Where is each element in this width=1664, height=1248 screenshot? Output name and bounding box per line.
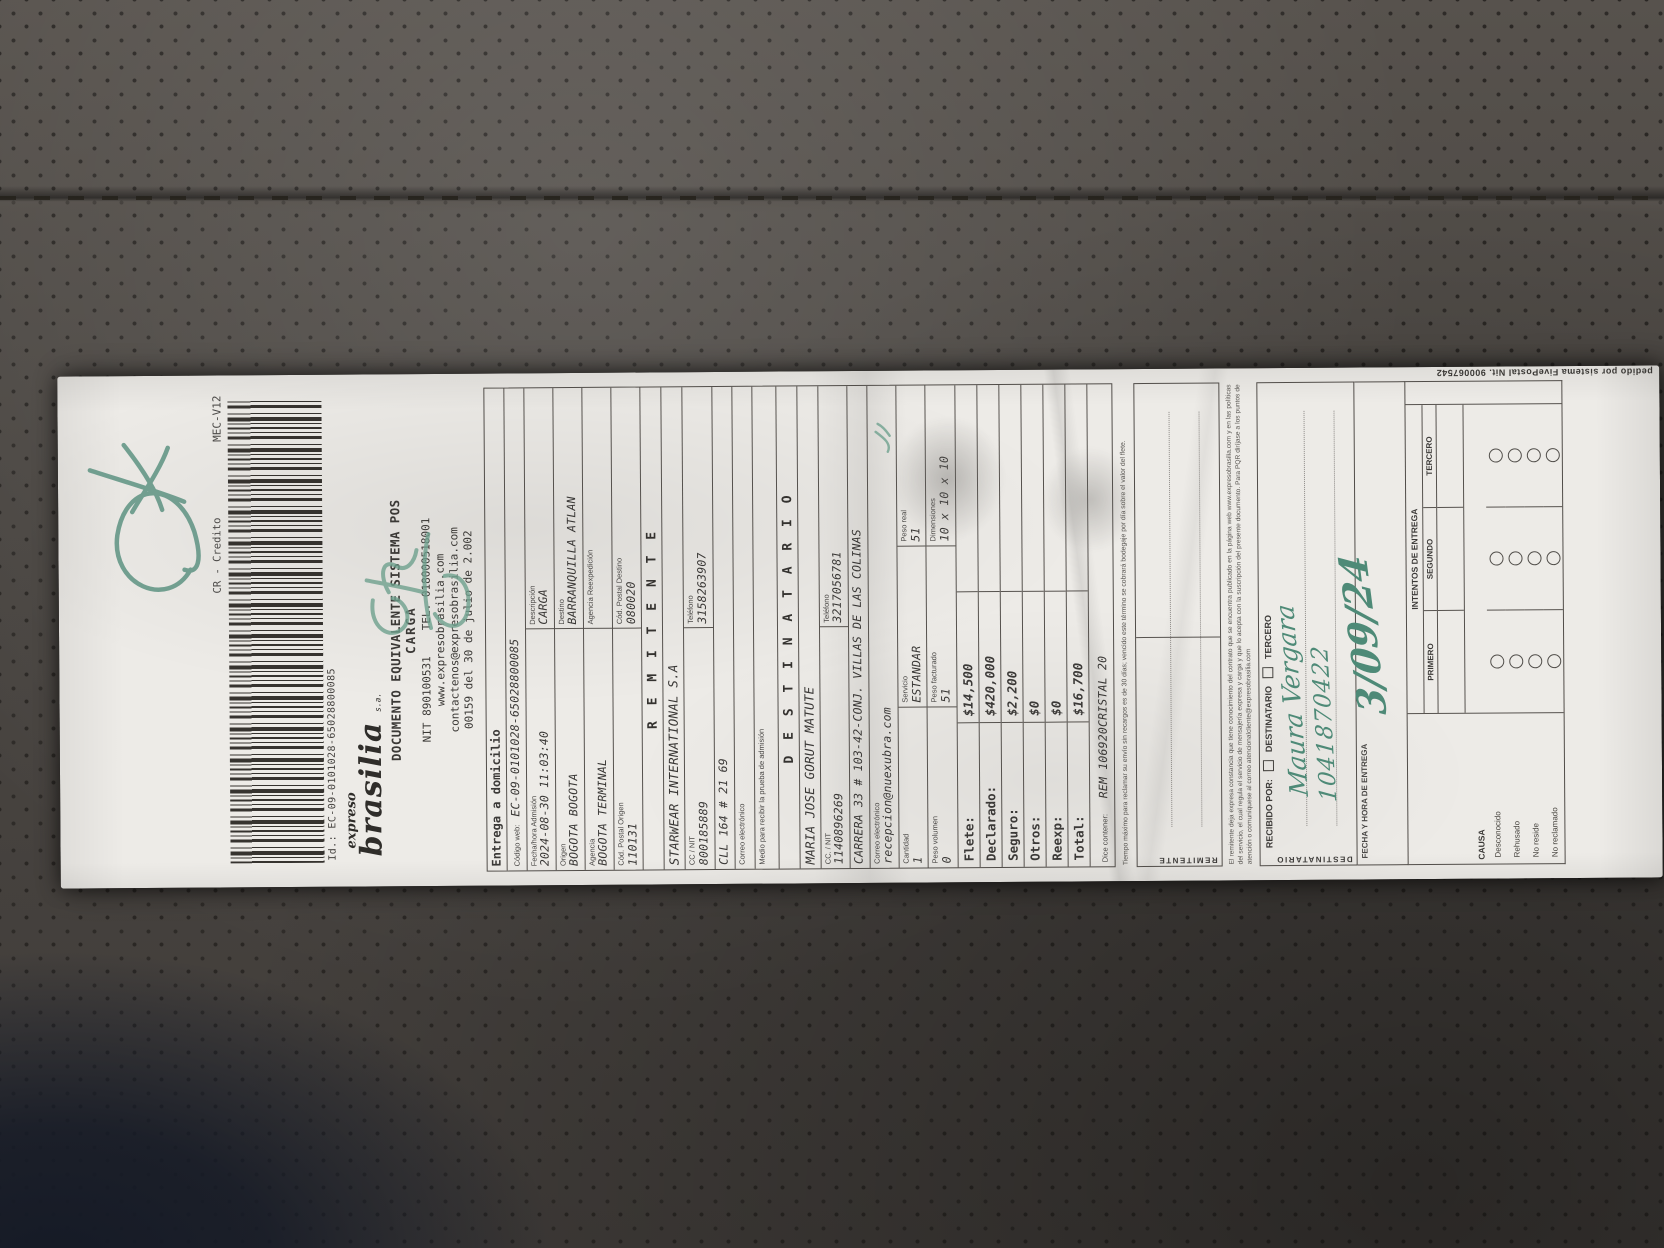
charges-table: Flete:$14,500 Declarado:$420,000 Seguro:… <box>954 384 1089 867</box>
declarado-label: Declarado: <box>979 723 1001 867</box>
signature-dotline <box>1168 412 1172 826</box>
seam-stitches <box>0 196 1664 200</box>
fecha-admision-value: 2024-08-30 11:03:40 <box>537 634 552 867</box>
total-label: Total: <box>1067 722 1089 866</box>
payment-code: CR - Credito <box>211 518 225 594</box>
remitente-direccion: CLL 164 # 21 69 <box>712 387 734 869</box>
causa-no-reclamado: No reclamado <box>1545 713 1565 863</box>
reexp-label: Reexp: <box>1045 723 1067 867</box>
servicio-value: ESTANDAR <box>909 551 924 703</box>
destinatario-ccnit-value: 1140896269 <box>831 632 846 865</box>
barcode <box>227 399 324 864</box>
circles-row-no-reside <box>1524 404 1545 712</box>
destinatario-box-label: DESTINATARIO <box>1261 854 1357 866</box>
handwritten-ok-mark <box>72 419 223 630</box>
intentos-table: CAUSA Desconocido Rehusado No reside No … <box>1406 380 1566 865</box>
waybill-receipt: CR - Credito MEC-V12 Id.: EC-09-0101028-… <box>57 365 1663 888</box>
causa-rehusado: Rehusado <box>1507 713 1527 863</box>
intentos-title: INTENTOS DE ENTREGA <box>1406 405 1425 713</box>
checkbox-destinatario-label: DESTINATARIO <box>1263 686 1273 752</box>
causa-label: CAUSA <box>1472 714 1489 864</box>
destino-value: BARRANQUILLA ATLAN <box>565 392 580 625</box>
codigo-web-label: Código web: <box>512 825 522 867</box>
remitente-correo-label: Correo electrónico <box>734 391 747 865</box>
remitente-signature-box: REMITENTE <box>1133 382 1222 867</box>
doc-version: MEC-V12 <box>210 395 223 441</box>
dice-contener-label: Dice contener: <box>1100 814 1109 862</box>
fecha-entrega-row: FECHA Y HORA DE ENTREGA 3/09/24 <box>1355 381 1409 865</box>
recibido-por-label: RECIBIDO POR: <box>1264 779 1274 848</box>
legal-fine-print: El remitente deja expresa constancia que… <box>1224 384 1255 864</box>
origen-value: BOGOTA BOGOTA <box>566 633 581 866</box>
circles-row-desconocido <box>1486 404 1507 712</box>
destinatario-direccion: CARRERA 33 # 103-42-CONJ. VILLAS DE LAS … <box>847 386 869 868</box>
seguro-value: $2,200 <box>1000 592 1022 723</box>
signature-divider <box>1136 637 1220 639</box>
handwritten-cr-mark <box>338 508 479 659</box>
receipt-top-margin: CR - Credito MEC-V12 <box>57 389 228 874</box>
flete-label: Flete: <box>957 723 979 867</box>
checkbox-tercero <box>1263 667 1274 678</box>
corner-shadow <box>0 948 560 1248</box>
peso-facturado-value: 51 <box>938 550 953 702</box>
causa-no-reside: No reside <box>1526 713 1546 863</box>
agencia-reexp-label: Agencia Reexpedición <box>584 392 595 625</box>
remitente-ccnit-value: 800185889 <box>696 633 711 866</box>
total-value: $16,700 <box>1066 591 1088 722</box>
codigo-web-value: EC-09-0101028-65028800085 <box>508 639 523 817</box>
seat-seam <box>0 186 1664 212</box>
dice-contener-value: REM 106920CRISTAL 20 <box>1095 656 1110 799</box>
handwritten-receiver-name: Maura Vergara <box>1270 603 1314 797</box>
signature-dotline-2 <box>1198 412 1202 826</box>
cp-origen-value: 110131 <box>625 633 640 866</box>
peso-volumen-value: 0 <box>939 711 954 863</box>
logo-brasilia: brasilia <box>353 722 389 857</box>
destinatario-tel-value: 3217056781 <box>830 390 845 623</box>
logo-sa: s.a. <box>373 693 382 712</box>
remitente-box-label: REMITENTE <box>1137 854 1221 866</box>
system-footer-line: pedido por sistema FivePostal Nit. 90006… <box>1437 366 1654 378</box>
descripcion-value: CARGA <box>535 392 550 625</box>
cantidad-value: 1 <box>910 712 925 864</box>
col-segundo: SEGUNDO <box>1424 508 1438 611</box>
col-primero: PRIMERO <box>1424 611 1438 713</box>
causa-desconocido: Desconocido <box>1488 713 1508 863</box>
cp-destino-value: 080020 <box>623 392 638 625</box>
declarado-value: $420,000 <box>978 592 1000 723</box>
remitente-tel-value: 3158263907 <box>694 391 709 624</box>
otros-value: $0 <box>1022 592 1044 723</box>
col-tercero: TERCERO <box>1423 405 1437 508</box>
section-destinatario: D E S T I N A T A R I O <box>776 386 799 868</box>
checkbox-destinatario <box>1263 760 1274 771</box>
reexp-value: $0 <box>1044 592 1066 723</box>
shipment-form: Entrega a domicilio Código web: EC-09-01… <box>483 383 1115 871</box>
otros-label: Otros: <box>1023 723 1045 867</box>
section-entrega: Entrega a domicilio <box>484 388 506 870</box>
seguro-label: Seguro: <box>1001 723 1023 867</box>
company-nit: NIT 890100531 <box>420 656 434 742</box>
remitente-nombre: STARWEAR INTERNATIONAL S.A <box>662 387 685 869</box>
agencia-value: BOGOTA TERMINAL <box>595 633 610 866</box>
circles-row-rehusado <box>1505 404 1526 712</box>
barcode-id: Id.: EC-09-0101028-65028800085 <box>324 389 338 861</box>
circles-row-no-reclamado <box>1543 404 1564 712</box>
destinatario-nombre: MARIA JOSE GORUT MATUTE <box>797 386 820 868</box>
flete-value: $14,500 <box>956 592 978 723</box>
section-remitente: R E M I T E N T E <box>641 387 664 869</box>
